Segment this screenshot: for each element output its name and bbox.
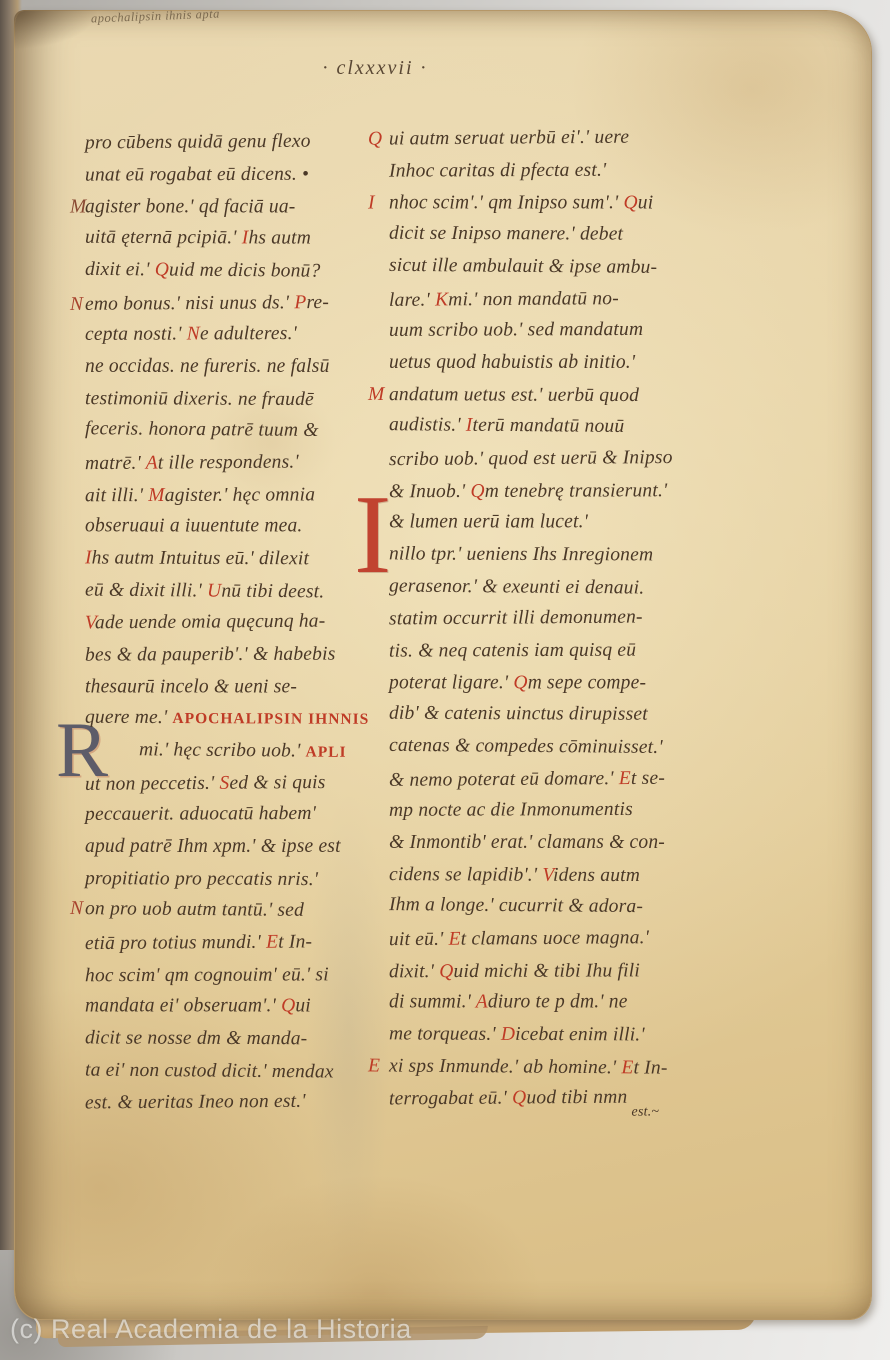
text-segment: ui xyxy=(295,995,311,1016)
text-line: testimoniū dixeris. ne fraudē xyxy=(85,383,385,416)
text-segment: nū tibi deest. xyxy=(221,581,324,603)
text-line: poterat ligare.' Qm sepe compe- xyxy=(389,668,695,700)
text-segment: t clamans uoce magna.' xyxy=(461,927,650,949)
text-segment: cepta nosti.' xyxy=(85,323,187,344)
initial-letter-i-large: I xyxy=(354,479,391,591)
text-segment: dib' & catenis uinctus dirupisset xyxy=(389,703,648,725)
text-line: obseruaui a iuuentute mea. xyxy=(85,510,385,542)
text-segment: Q xyxy=(513,673,527,694)
text-line: quere me.' APOCHALIPSIN IHNNIS xyxy=(85,702,385,735)
text-line: matrē.' At ille respondens.' xyxy=(85,446,385,480)
text-segment: mandata ei' obseruam'.' xyxy=(85,995,281,1016)
gutter-initial: M xyxy=(368,379,385,411)
text-segment: idens autm xyxy=(553,865,640,886)
text-segment: re- xyxy=(306,292,329,313)
text-segment: poterat ligare.' xyxy=(389,673,513,694)
text-segment: audistis.' xyxy=(389,414,466,436)
text-segment: emo bonus.' nisi unus ds.' xyxy=(85,292,294,315)
text-segment: unat eū rogabat eū dicens. • xyxy=(85,164,309,186)
text-segment: nhoc scim'.' qm Inipso sum'.' xyxy=(389,193,623,214)
text-line: est. & ueritas Ineo non est.' xyxy=(85,1085,385,1119)
text-line: ait illi.' Magister.' hęc omnia xyxy=(85,479,385,512)
text-segment: uid michi & tibi Ihu fili xyxy=(453,960,640,982)
text-segment: t se- xyxy=(631,768,665,789)
text-line: Nemo bonus.' nisi unus ds.' Pre- xyxy=(85,287,385,321)
text-line: sicut ille ambulauit & ipse ambu- xyxy=(389,250,695,284)
text-segment: xi sps Inmunde.' ab homine.' xyxy=(389,1056,622,1079)
text-segment: Inhoc caritas di pfecta est.' xyxy=(389,160,606,182)
text-line: & nemo poterat eū domare.' Et se- xyxy=(389,763,695,797)
text-segment: uid me dicis bonū? xyxy=(169,259,321,281)
header-annotation: apochalipsin ihnis apta xyxy=(91,7,220,27)
text-segment: me torqueas.' xyxy=(389,1023,501,1044)
text-line: Mandatum uetus est.' uerbū quod xyxy=(389,379,695,412)
text-line: di summi.' Adiuro te p dm.' ne xyxy=(389,986,695,1018)
manuscript-photograph: apochalipsin ihnis apta · clxxxvii · R p… xyxy=(0,0,890,1360)
text-line: dicit se Inipso manere.' debet xyxy=(389,218,695,251)
text-segment: hoc scim' qm cognouim' eū.' si xyxy=(85,964,329,986)
text-segment: scribo uob.' quod est uerū & Inipso xyxy=(389,447,673,470)
text-line: eū & dixit illi.' Unū tibi deest. xyxy=(85,575,385,609)
copyright-watermark: (c) Real Academia de la Historia xyxy=(10,1314,412,1345)
text-segment: eū & dixit illi.' xyxy=(85,580,207,602)
text-line: mandata ei' obseruam'.' Qui xyxy=(85,990,385,1022)
text-segment: thesaurū incelo & ueni se- xyxy=(85,677,297,698)
text-segment: catenas & compedes cōminuisset.' xyxy=(389,735,663,758)
text-segment: bes & da pauperib'.' & habebis xyxy=(85,644,336,666)
text-line: uitā ęternā pcipiā.' Ihs autm xyxy=(85,222,385,255)
text-line: & Inuob.' Qm tenebrę transierunt.' xyxy=(389,475,695,508)
text-line: pro cūbens quidā genu flexo xyxy=(85,125,385,159)
text-line: scribo uob.' quod est uerū & Inipso xyxy=(389,442,695,476)
text-line: Ihs autm Intuitus eū.' dilexit xyxy=(85,542,385,575)
text-line: me torqueas.' Dicebat enim illi.' xyxy=(389,1018,695,1051)
text-line: thesaurū incelo & ueni se- xyxy=(85,672,385,704)
text-segment: Q xyxy=(623,193,637,214)
text-segment: & nemo poterat eū domare.' xyxy=(389,768,619,791)
text-line: lare.' Kmi.' non mandatū no- xyxy=(389,283,695,317)
text-segment: diuro te p dm.' ne xyxy=(488,991,628,1012)
text-segment: uitā ęternā pcipiā.' xyxy=(85,227,242,249)
text-segment: t In- xyxy=(633,1057,667,1078)
interlinear-correction: est.~ xyxy=(631,1096,659,1128)
text-segment: on pro uob autm tantū.' sed xyxy=(85,898,304,921)
text-segment: APOCHALIPSIN IHNNIS xyxy=(172,710,369,728)
text-line: audistis.' Iterū mandatū nouū xyxy=(389,409,695,443)
text-segment: & Inmontib' erat.' clamans & con- xyxy=(389,832,665,853)
text-line: Vade uende omia quęcunq ha- xyxy=(85,605,385,639)
text-line: ne occidas. ne fureris. ne falsū xyxy=(85,351,385,383)
text-segment: Q xyxy=(512,1087,526,1108)
text-segment: ne occidas. ne fureris. ne falsū xyxy=(85,356,330,377)
text-line: Qui autm seruat uerbū ei'.' uere xyxy=(389,121,695,155)
text-segment: lare.' xyxy=(389,290,435,311)
text-segment: di summi.' xyxy=(389,991,476,1012)
text-segment: uod tibi nmn xyxy=(526,1087,627,1109)
text-segment: etiā pro totius mundi.' xyxy=(85,932,266,954)
text-segment: gerasenor.' & exeunti ei denaui. xyxy=(389,576,645,599)
right-text-column: I Qui autm seruat uerbū ei'.' uereInhoc … xyxy=(389,123,695,1115)
text-segment: A xyxy=(476,991,488,1012)
text-segment: m sepe compe- xyxy=(528,673,646,694)
text-segment: e adulteres.' xyxy=(200,323,297,344)
text-segment: pro cūbens quidā genu flexo xyxy=(85,131,311,154)
text-line: tis. & neq catenis iam quisq eū xyxy=(389,634,695,667)
text-segment: matrē.' xyxy=(85,453,146,474)
text-segment: & lumen uerū iam lucet.' xyxy=(389,511,588,532)
text-segment: agister.' hęc omnia xyxy=(165,484,316,506)
text-segment: quere me.' xyxy=(85,707,173,728)
text-segment: feceris. honora patrē tuum & xyxy=(85,418,319,441)
text-line: dixit.' Quid michi & tibi Ihu fili xyxy=(389,955,695,988)
text-segment: ade uende omia quęcunq ha- xyxy=(95,611,326,634)
text-line: nillo tpr.' ueniens Ihs Inregionem xyxy=(389,538,695,571)
text-segment: terū mandatū nouū xyxy=(472,415,624,437)
text-line: ta ei' non custod dicit.' mendax xyxy=(85,1055,385,1089)
text-line: cepta nosti.' Ne adulteres.' xyxy=(85,318,385,351)
text-line: gerasenor.' & exeunti ei denaui. xyxy=(389,571,695,605)
text-line: unat eū rogabat eū dicens. • xyxy=(85,158,385,191)
text-segment: statim occurrit illi demonumen- xyxy=(389,607,643,630)
text-line: dicit se nosse dm & manda- xyxy=(85,1022,385,1055)
text-segment: propitiatio pro peccatis nris.' xyxy=(85,868,318,890)
margin-initial: N xyxy=(70,893,83,925)
gutter-initial: E xyxy=(368,1050,380,1082)
manuscript-page: apochalipsin ihnis apta · clxxxvii · R p… xyxy=(14,10,872,1320)
margin-initial: N xyxy=(70,289,83,321)
text-segment: nillo tpr.' ueniens Ihs Inregionem xyxy=(389,543,653,565)
text-segment: apud patrē Ihm xpm.' & ipse est xyxy=(85,836,341,857)
text-segment: Ihm a longe.' cucurrit & adora- xyxy=(389,894,643,917)
text-segment: ta ei' non custod dicit.' mendax xyxy=(85,1060,334,1083)
text-segment: K xyxy=(435,289,448,310)
text-segment: cidens se lapidib'.' xyxy=(389,864,542,886)
text-line: apud patrē Ihm xpm.' & ipse est xyxy=(85,831,385,863)
text-line: cidens se lapidib'.' Videns autm xyxy=(389,859,695,892)
text-segment: agister bone.' qd faciā ua- xyxy=(85,197,296,218)
text-segment: E xyxy=(619,768,631,789)
text-line: statim occurrit illi demonumen- xyxy=(389,601,695,635)
text-segment: mp nocte ac die Inmonumentis xyxy=(389,799,633,821)
folio-number: · clxxxvii · xyxy=(283,57,467,80)
text-segment: ed & si quis xyxy=(229,772,325,794)
gutter-initial: I xyxy=(368,188,375,220)
text-line: Inhoc caritas di pfecta est.' xyxy=(389,154,695,187)
text-line: bes & da pauperib'.' & habebis xyxy=(85,638,385,671)
text-segment: Q xyxy=(281,995,295,1016)
text-segment: icebat enim illi.' xyxy=(515,1024,645,1045)
text-segment: dixit ei.' xyxy=(85,259,155,281)
text-line: mp nocte ac die Inmonumentis xyxy=(389,794,695,827)
text-line: uum scribo uob.' sed mandatum xyxy=(389,314,695,347)
text-segment: testimoniū dixeris. ne fraudē xyxy=(85,388,314,410)
text-segment: E xyxy=(449,929,461,950)
text-line: propitiatio pro peccatis nris.' xyxy=(85,863,385,896)
text-segment: dixit.' xyxy=(389,961,439,982)
left-text-column: R pro cūbens quidā genu flexounat eū rog… xyxy=(85,127,385,1119)
text-line: catenas & compedes cōminuisset.' xyxy=(389,730,695,764)
text-line: dib' & catenis uinctus dirupisset xyxy=(389,698,695,731)
text-segment: N xyxy=(187,323,200,344)
text-line: Exi sps Inmunde.' ab homine.' Et In- xyxy=(389,1051,695,1085)
text-segment: A xyxy=(146,453,158,474)
text-line: Ihm a longe.' cucurrit & adora- xyxy=(389,889,695,923)
text-segment: peccauerit. aduocatū habem' xyxy=(85,803,316,825)
text-line: hoc scim' qm cognouim' eū.' si xyxy=(85,959,385,992)
text-line: Non pro uob autm tantū.' sed xyxy=(85,893,385,927)
text-segment: andatum uetus est.' uerbū quod xyxy=(389,384,639,406)
text-segment: Q xyxy=(470,481,484,502)
text-segment: uit eū.' xyxy=(389,929,449,950)
text-segment: dicit se Inipso manere.' debet xyxy=(389,223,623,245)
text-line: terrogabat eū.' Quod tibi nmnest.~ xyxy=(389,1081,695,1115)
text-line: mi.' hęc scribo uob.' APLI xyxy=(85,734,385,768)
text-line: uetus quod habuistis ab initio.' xyxy=(389,347,695,379)
text-line: etiā pro totius mundi.' Et In- xyxy=(85,926,385,960)
margin-initial: M xyxy=(70,192,86,224)
text-segment: ui autm seruat uerbū ei'.' uere xyxy=(389,127,629,150)
text-segment: ut non peccetis.' xyxy=(85,773,220,795)
text-segment: P xyxy=(294,292,306,313)
text-segment: m tenebrę transierunt.' xyxy=(485,480,668,502)
text-line: Inhoc scim'.' qm Inipso sum'.' Qui xyxy=(389,188,695,220)
text-segment: est. & ueritas Ineo non est.' xyxy=(85,1091,306,1114)
text-segment: D xyxy=(501,1024,515,1045)
text-line: feceris. honora patrē tuum & xyxy=(85,413,385,447)
text-line: peccauerit. aduocatū habem' xyxy=(85,798,385,831)
text-segment: E xyxy=(621,1057,633,1078)
text-segment: t ille respondens.' xyxy=(158,452,299,474)
text-segment: dicit se nosse dm & manda- xyxy=(85,1027,307,1049)
text-line: & Inmontib' erat.' clamans & con- xyxy=(389,827,695,859)
text-segment: Q xyxy=(155,259,169,280)
text-segment: M xyxy=(148,485,165,506)
text-line: dixit ei.' Quid me dicis bonū? xyxy=(85,254,385,288)
text-segment: mi.' non mandatū no- xyxy=(448,288,619,310)
text-segment: & Inuob.' xyxy=(389,481,471,502)
text-segment: U xyxy=(207,580,221,601)
text-line: ut non peccetis.' Sed & si quis xyxy=(85,767,385,801)
text-line: uit eū.' Et clamans uoce magna.' xyxy=(389,922,695,956)
text-segment: V xyxy=(542,865,553,886)
text-segment: V xyxy=(85,612,95,633)
text-segment: uum scribo uob.' sed mandatum xyxy=(389,319,643,341)
text-segment: t In- xyxy=(278,931,312,952)
text-segment: Q xyxy=(439,961,453,982)
text-segment: APLI xyxy=(305,744,346,761)
text-segment: ait illi.' xyxy=(85,485,148,506)
text-segment: ui xyxy=(638,193,654,214)
text-segment: tis. & neq catenis iam quisq eū xyxy=(389,640,636,662)
text-segment: hs autm Intuitus eū.' dilexit xyxy=(92,547,309,569)
text-segment: terrogabat eū.' xyxy=(389,1088,512,1110)
text-segment: obseruaui a iuuentute mea. xyxy=(85,515,303,536)
text-line: & lumen uerū iam lucet.' xyxy=(389,506,695,538)
text-segment: sicut ille ambulauit & ipse ambu- xyxy=(389,255,657,278)
text-segment: uetus quod habuistis ab initio.' xyxy=(389,352,635,373)
text-segment: mi.' hęc scribo uob.' xyxy=(139,739,306,761)
text-line: Magister bone.' qd faciā ua- xyxy=(85,192,385,224)
text-segment: E xyxy=(266,932,278,953)
gutter-initial: Q xyxy=(368,124,383,156)
text-segment: hs autm xyxy=(248,227,311,248)
